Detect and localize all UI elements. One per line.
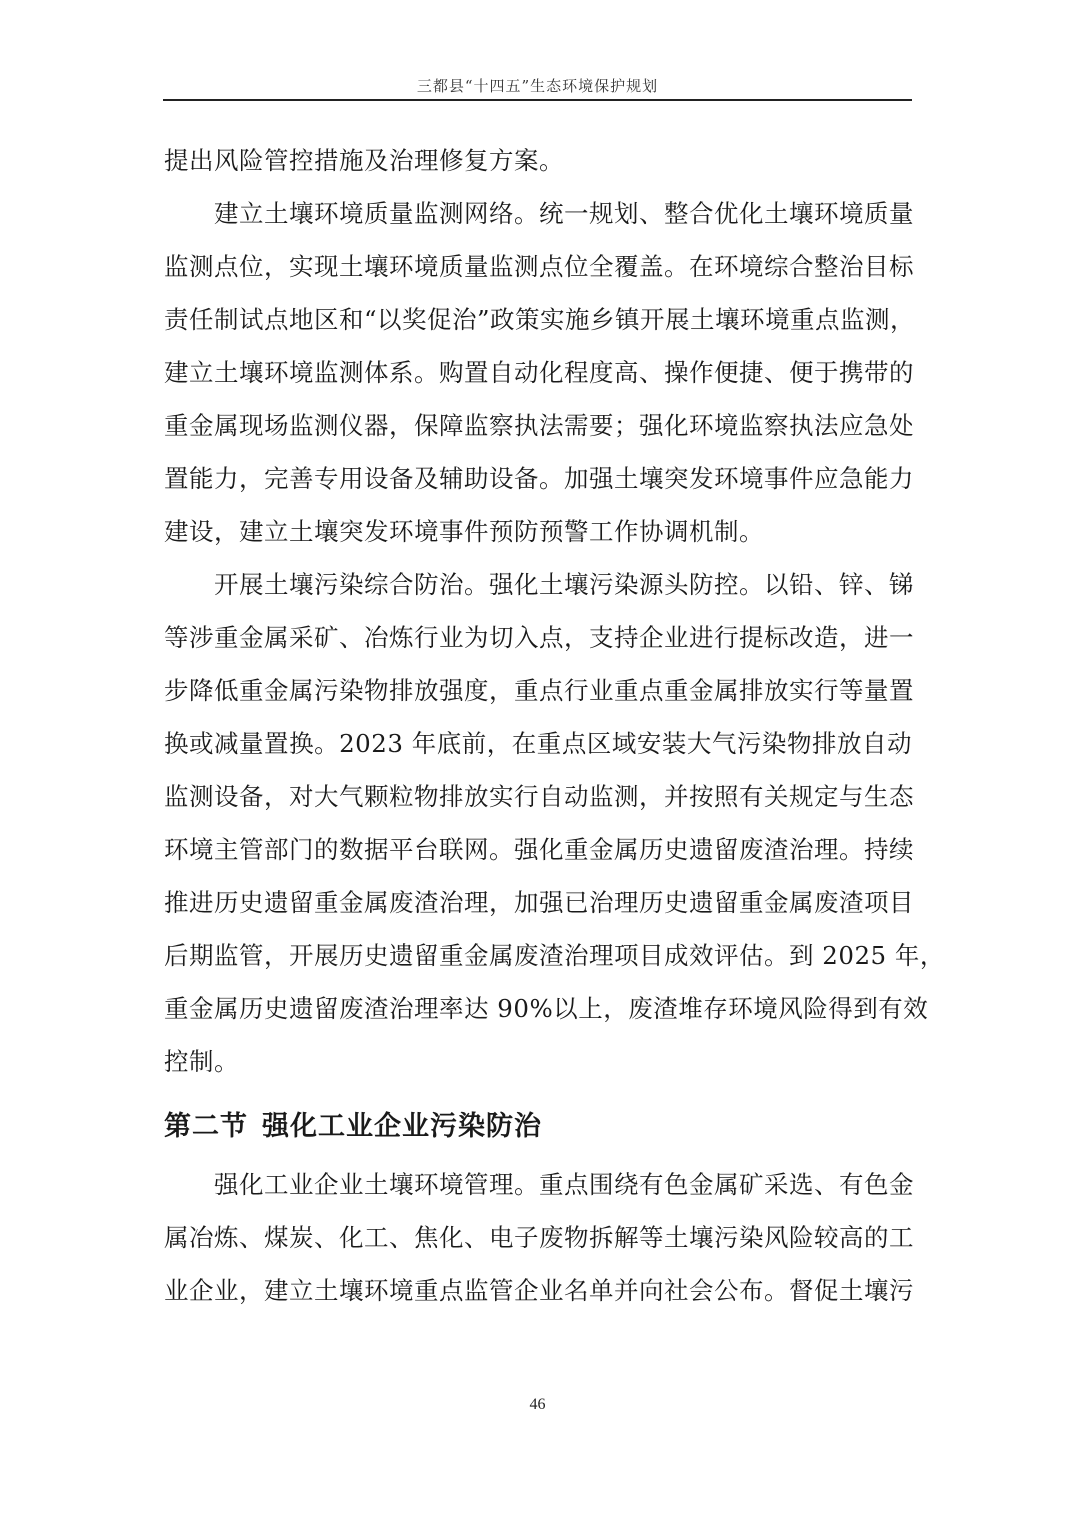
section-heading: 第二节强化工业企业污染防治 xyxy=(164,1092,912,1156)
text-line: 置能力，完善专用设备及辅助设备。加强土壤突发环境事件应急能力 xyxy=(164,452,912,505)
text-line: 重金属现场监测仪器，保障监察执法需要；强化环境监察执法应急处 xyxy=(164,399,912,452)
text-line: 后期监管，开展历史遗留重金属废渣治理项目成效评估。到 2025 年， xyxy=(164,929,912,982)
page-number: 46 xyxy=(163,1396,912,1414)
text-line: 建立土壤环境质量监测网络。统一规划、整合优化土壤环境质量 xyxy=(164,187,912,240)
text-line: 控制。 xyxy=(164,1035,912,1088)
text-line: 属冶炼、煤炭、化工、焦化、电子废物拆解等土壤污染风险较高的工 xyxy=(164,1211,912,1264)
paragraph: 强化工业企业土壤环境管理。重点围绕有色金属矿采选、有色金 属冶炼、煤炭、化工、焦… xyxy=(164,1158,912,1317)
text-line: 环境主管部门的数据平台联网。强化重金属历史遗留废渣治理。持续 xyxy=(164,823,912,876)
text-line: 换或减量置换。2023 年底前，在重点区域安装大气污染物排放自动 xyxy=(164,717,912,770)
text-line: 业企业，建立土壤环境重点监管企业名单并向社会公布。督促土壤污 xyxy=(164,1264,912,1317)
text-line: 等涉重金属采矿、冶炼行业为切入点，支持企业进行提标改造，进一 xyxy=(164,611,912,664)
paragraph: 建立土壤环境质量监测网络。统一规划、整合优化土壤环境质量 监测点位，实现土壤环境… xyxy=(164,187,912,558)
text-line: 责任制试点地区和“以奖促治”政策实施乡镇开展土壤环境重点监测， xyxy=(164,293,912,346)
paragraph: 开展土壤污染综合防治。强化土壤污染源头防控。以铅、锌、锑 等涉重金属采矿、冶炼行… xyxy=(164,558,912,1088)
text-line: 监测设备，对大气颗粒物排放实行自动监测，并按照有关规定与生态 xyxy=(164,770,912,823)
text-line: 提出风险管控措施及治理修复方案。 xyxy=(164,134,912,187)
text-line: 强化工业企业土壤环境管理。重点围绕有色金属矿采选、有色金 xyxy=(164,1158,912,1211)
running-header: 三都县“十四五”生态环境保护规划 xyxy=(163,76,912,96)
paragraph: 提出风险管控措施及治理修复方案。 xyxy=(164,134,912,187)
section-title: 强化工业企业污染防治 xyxy=(262,1111,542,1142)
text-line: 推进历史遗留重金属废渣治理，加强已治理历史遗留重金属废渣项目 xyxy=(164,876,912,929)
text-line: 步降低重金属污染物排放强度，重点行业重点重金属排放实行等量置 xyxy=(164,664,912,717)
section-number: 第二节 xyxy=(164,1111,248,1142)
header-divider xyxy=(163,99,912,101)
text-line: 重金属历史遗留废渣治理率达 90%以上，废渣堆存环境风险得到有效 xyxy=(164,982,912,1035)
text-line: 建设，建立土壤突发环境事件预防预警工作协调机制。 xyxy=(164,505,912,558)
text-line: 开展土壤污染综合防治。强化土壤污染源头防控。以铅、锌、锑 xyxy=(164,558,912,611)
text-line: 监测点位，实现土壤环境质量监测点位全覆盖。在环境综合整治目标 xyxy=(164,240,912,293)
text-line: 建立土壤环境监测体系。购置自动化程度高、操作便捷、便于携带的 xyxy=(164,346,912,399)
document-body: 提出风险管控措施及治理修复方案。 建立土壤环境质量监测网络。统一规划、整合优化土… xyxy=(164,134,912,1317)
